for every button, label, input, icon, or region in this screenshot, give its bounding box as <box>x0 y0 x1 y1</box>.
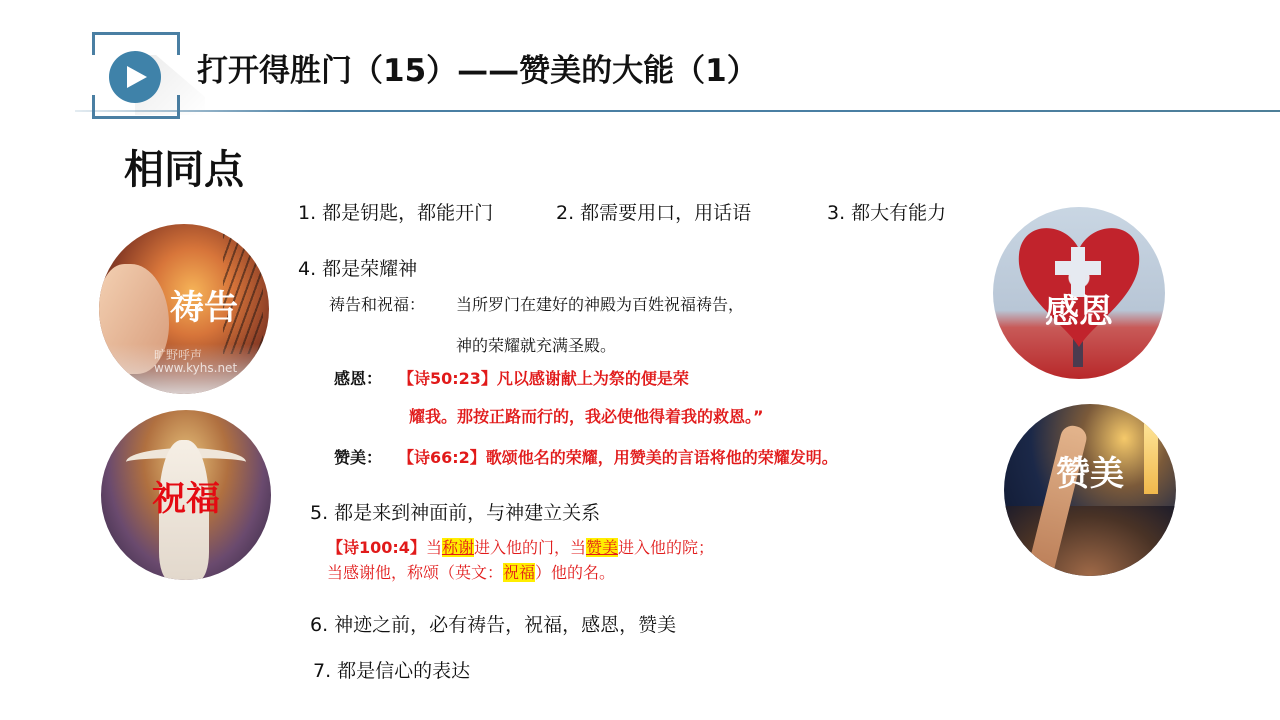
praise-verse: 【诗66:2】歌颂他名的荣耀，用赞美的言语将他的荣耀发明。 <box>398 445 838 468</box>
thanksgiving-label: 感恩 <box>1045 284 1113 333</box>
play-button[interactable] <box>109 51 161 103</box>
psalm-100-line2: 当感谢他，称颂（英文：祝福）他的名。 <box>327 560 615 583</box>
header-divider <box>75 110 1280 112</box>
point-4: 4. 都是荣耀神 <box>298 254 417 281</box>
thanks-verse-line1: 【诗50:23】凡以感谢献上为祭的便是荣 <box>398 366 689 389</box>
prayer-image: 旷野呼声 www.kyhs.net 祷告 <box>99 224 269 394</box>
cross-bar <box>1055 261 1101 275</box>
point-5: 5. 都是来到神面前，与神建立关系 <box>310 498 600 525</box>
prayer-blessing-line2: 神的荣耀就充满圣殿。 <box>456 333 616 356</box>
praise-image: 赞美 <box>1004 404 1176 576</box>
prayer-blessing-line1: 当所罗门在建好的神殿为百姓祝福祷告， <box>456 292 744 315</box>
psalm-100-line1: 【诗100:4】当称谢进入他的门，当赞美进入他的院； <box>327 535 714 558</box>
image-watermark: 旷野呼声 www.kyhs.net <box>154 349 237 375</box>
verse-seg2: 进入他的门，当 <box>474 538 586 557</box>
slide-title: 打开得胜门（15）——赞美的大能（1） <box>197 45 758 90</box>
highlight-praise: 赞美 <box>586 538 618 557</box>
verse-line2-seg1: 当感谢他，称颂（英文： <box>327 563 503 582</box>
thanks-label: 感恩： <box>334 366 382 389</box>
point-1: 1. 都是钥匙，都能开门 <box>298 198 493 225</box>
point-3: 3. 都大有能力 <box>827 198 946 225</box>
highlight-blessing: 祝福 <box>503 563 535 582</box>
point-2: 2. 都需要用口，用话语 <box>556 198 751 225</box>
verse-ref: 【诗100:4】 <box>327 538 426 557</box>
verse-seg1: 当 <box>426 538 442 557</box>
play-icon <box>127 66 147 88</box>
praise-label-text: 赞美： <box>334 445 382 468</box>
praise-label: 赞美 <box>1056 446 1124 495</box>
frame-gap-left <box>90 55 98 95</box>
point-6: 6. 神迹之前，必有祷告，祝福，感恩，赞美 <box>310 610 676 637</box>
thanksgiving-image: 感恩 <box>993 207 1165 379</box>
section-title: 相同点 <box>124 138 244 195</box>
point-7: 7. 都是信心的表达 <box>313 656 470 683</box>
blessing-image: 祝福 <box>101 410 271 580</box>
prayer-label: 祷告 <box>170 280 238 329</box>
verse-seg3: 进入他的院； <box>618 538 714 557</box>
watermark-line2: www.kyhs.net <box>154 362 237 375</box>
prayer-blessing-label: 祷告和祝福： <box>329 292 425 315</box>
highlight-thanksgiving: 称谢 <box>442 538 474 557</box>
thanks-verse-line2: 耀我。那按正路而行的，我必使他得着我的救恩。” <box>409 404 764 427</box>
verse-line2-seg2: ）他的名。 <box>535 563 615 582</box>
light-beam <box>1144 414 1158 494</box>
blessing-label: 祝福 <box>152 471 220 520</box>
